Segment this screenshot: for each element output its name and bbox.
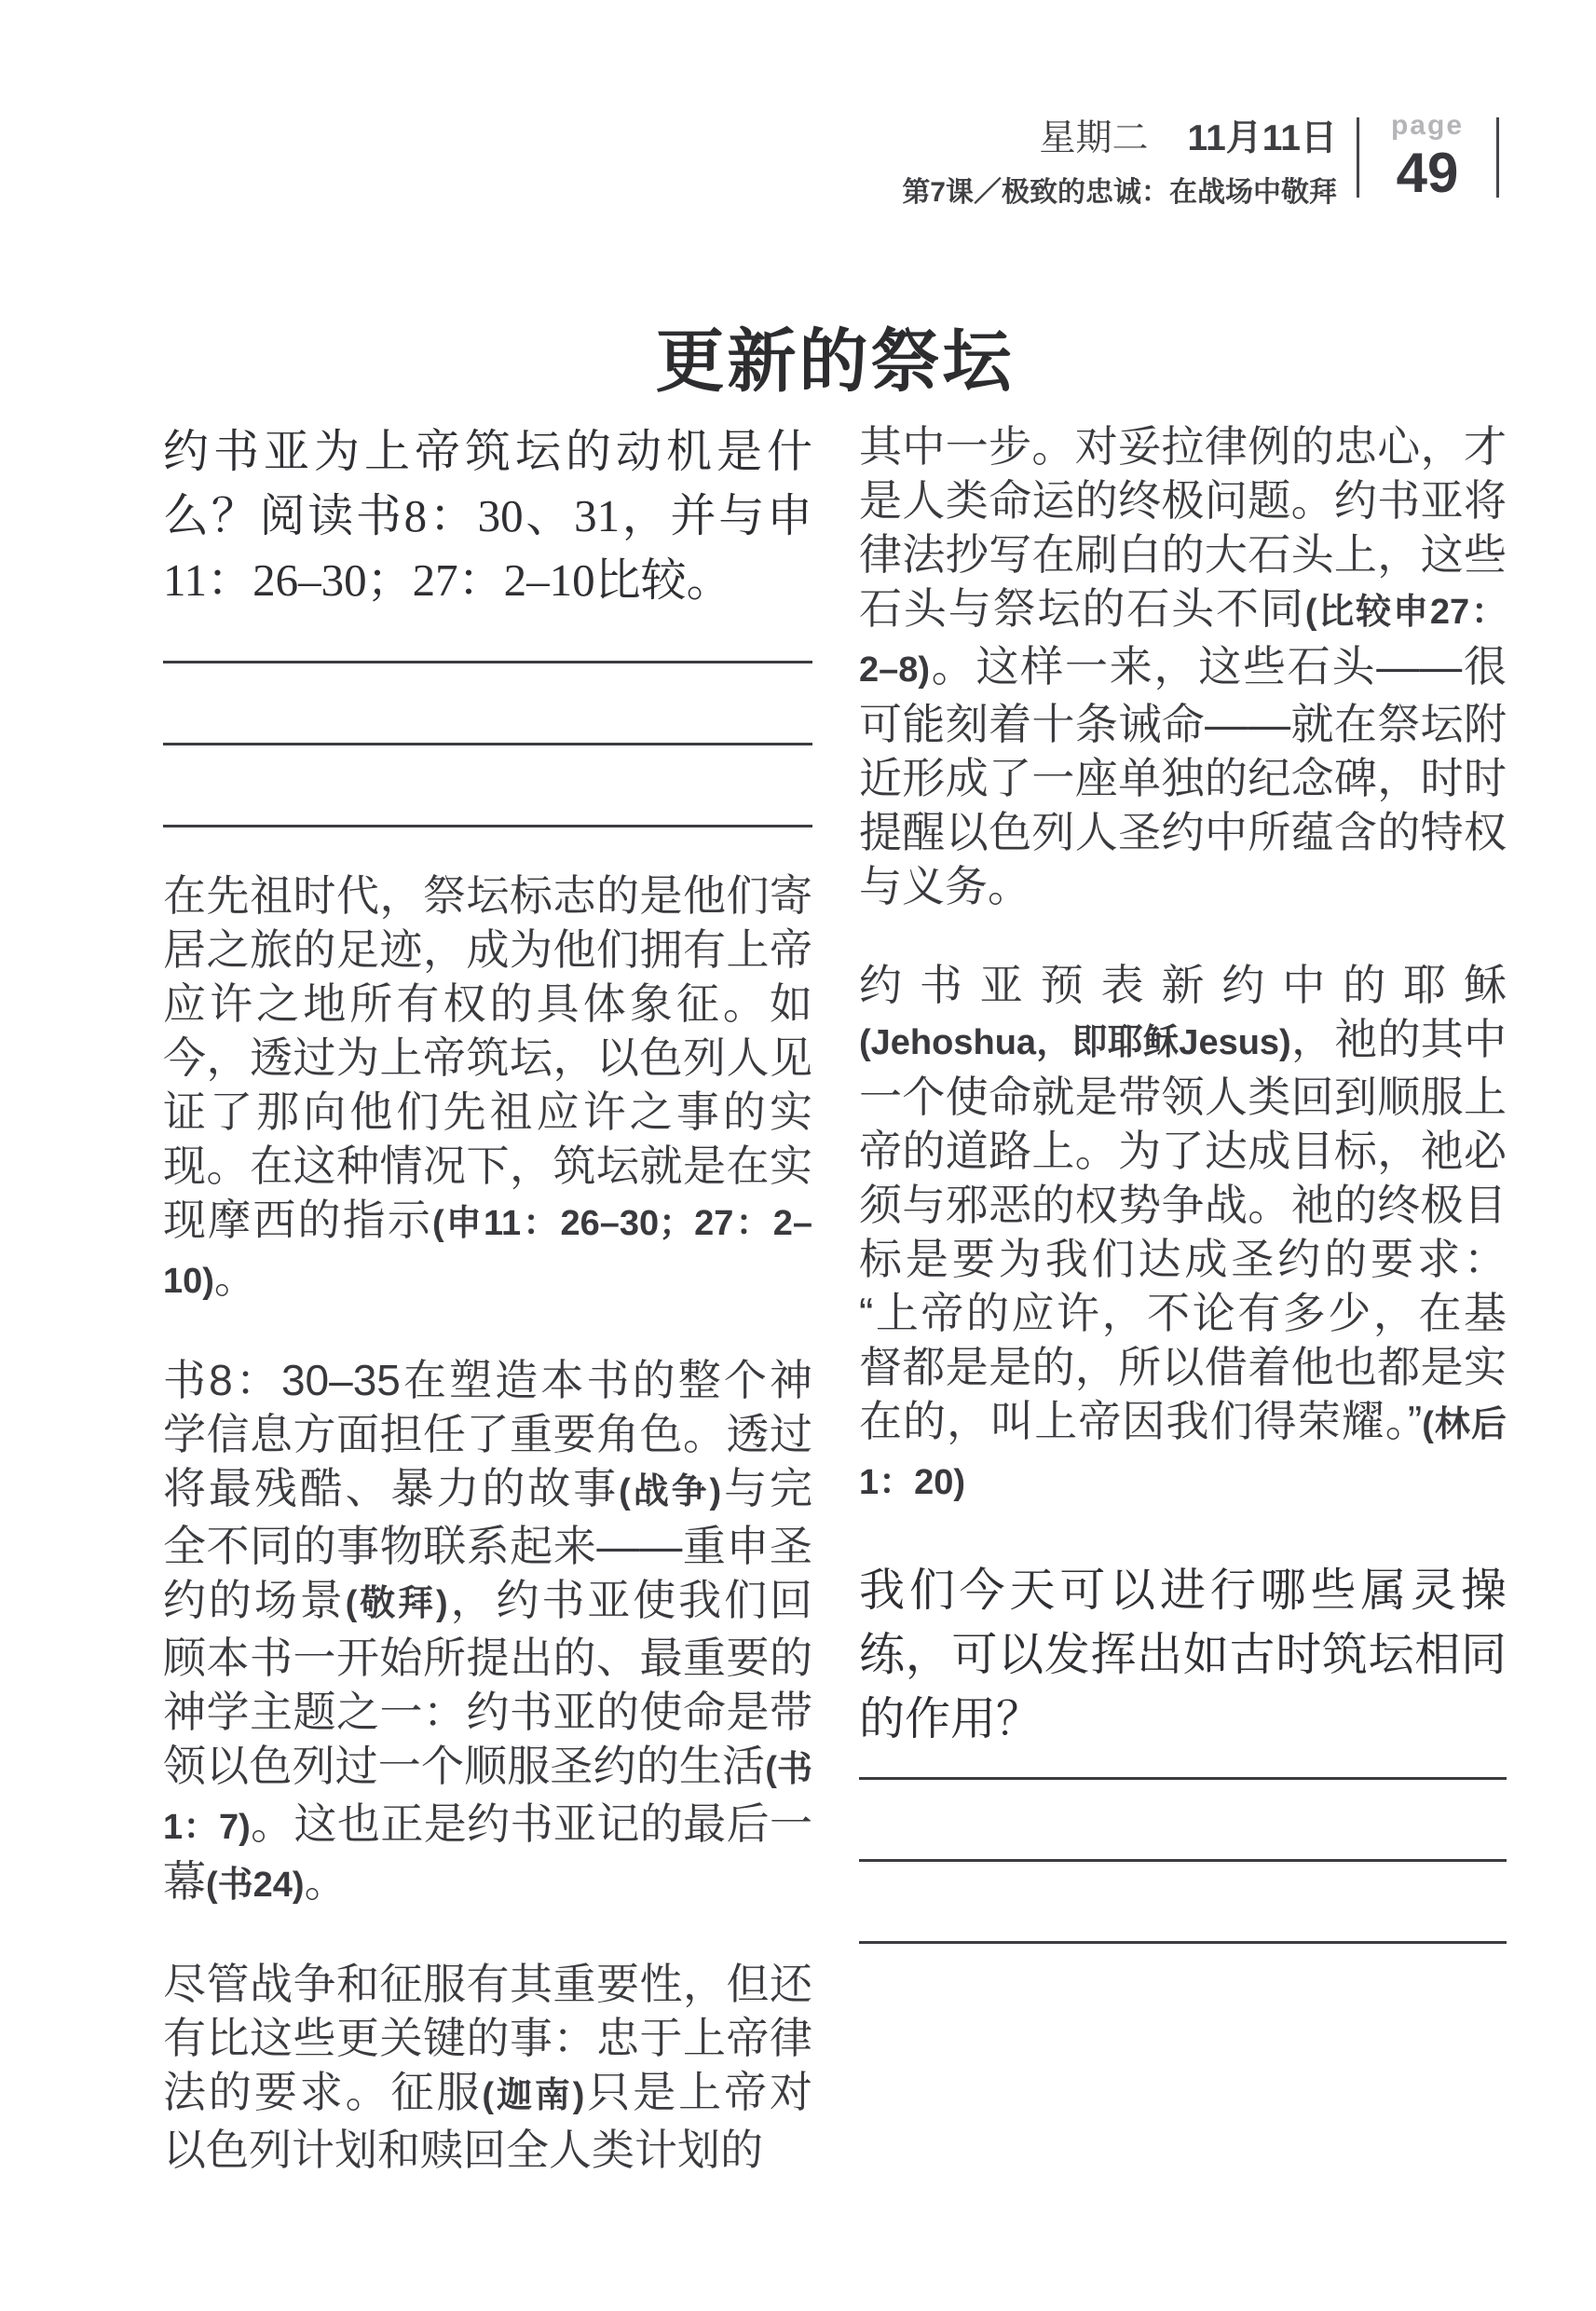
- page-number-block: page 49: [1360, 112, 1494, 201]
- body-paragraph: 在先祖时代，祭坛标志的是他们寄居之旅的足迹，成为他们拥有上帝应许之地所有权的具体…: [163, 868, 812, 1308]
- answer-line: [859, 1862, 1507, 1944]
- scripture-reference: (迦南): [482, 2076, 584, 2115]
- answer-line: [163, 663, 812, 745]
- scripture-reference: (战争): [619, 1472, 721, 1511]
- page-title: 更新的祭坛: [163, 321, 1507, 404]
- lesson-subtitle: 第7课／极致的忠诚：在战场中敬拜: [902, 169, 1337, 210]
- body-paragraph: 尽管战争和征服有其重要性，但还有比这些更关键的事：忠于上帝律法的要求。征服(迦南…: [163, 1957, 812, 2177]
- body-paragraph: 书8：30–35在塑造本书的整个神学信息方面担任了重要角色。透过将最残酷、暴力的…: [163, 1353, 812, 1912]
- divider-bar-right: [1496, 117, 1499, 198]
- scripture-reference: (敬拜): [346, 1584, 448, 1623]
- body-paragraph: 约书亚预表新约中的耶稣(Jehoshua，即耶稣Jesus)，祂的其中一个使命就…: [859, 958, 1507, 1510]
- paragraph-text: 。这样一来，这些石头——很可能刻着十条诫命——就在祭坛附近形成了一座单独的纪念碑…: [859, 642, 1507, 910]
- page-label: page: [1360, 112, 1494, 140]
- divider-bar-left: [1357, 117, 1359, 198]
- paragraph-text: 。: [305, 1857, 348, 1906]
- answer-line: [859, 1780, 1507, 1862]
- right-column: 其中一步。对妥拉律例的忠心，才是人类命运的终极问题。约书亚将律法抄写在刷白的大石…: [859, 419, 1507, 1944]
- paragraph-text: 。: [214, 1253, 257, 1302]
- page-header: 星期二11月11日 第7课／极致的忠诚：在战场中敬拜: [902, 119, 1337, 210]
- application-question: 我们今天可以进行哪些属灵操练，可以发挥出如古时筑坛相同的作用？: [859, 1558, 1507, 1751]
- scripture-reference: (书24): [206, 1866, 305, 1905]
- body-paragraph: 其中一步。对妥拉律例的忠心，才是人类命运的终极问题。约书亚将律法抄写在刷白的大石…: [859, 419, 1507, 913]
- paragraph-text: 在先祖时代，祭坛标志的是他们寄居之旅的足迹，成为他们拥有上帝应许之地所有权的具体…: [163, 871, 812, 1244]
- answer-line: [163, 612, 812, 663]
- answer-line: [859, 1751, 1507, 1780]
- date-label: 11月11日: [1188, 118, 1337, 158]
- scripture-reference: (Jehoshua，即耶稣Jesus): [859, 1023, 1291, 1062]
- left-column: 约书亚为上帝筑坛的动机是什么？阅读书8：30、31，并与申11：26–30；27…: [163, 419, 812, 2177]
- answer-line: [163, 745, 812, 827]
- weekday-label: 星期二: [1040, 118, 1149, 158]
- answer-lines-right: [859, 1751, 1507, 1944]
- answer-lines-left: [163, 612, 812, 827]
- lesson-page: 星期二11月11日 第7课／极致的忠诚：在战场中敬拜 page 49 更新的祭坛…: [0, 0, 1596, 2311]
- study-question: 约书亚为上帝筑坛的动机是什么？阅读书8：30、31，并与申11：26–30；27…: [163, 419, 812, 612]
- header-date-line: 星期二11月11日: [902, 119, 1337, 159]
- paragraph-text: 约书亚预表新约中的耶稣: [859, 961, 1507, 1009]
- page-number: 49: [1360, 145, 1494, 201]
- paragraph-text: ，祂的其中一个使命就是带领人类回到顺服上帝的道路上。为了达成目标，祂必须与邪恶的…: [859, 1015, 1507, 1445]
